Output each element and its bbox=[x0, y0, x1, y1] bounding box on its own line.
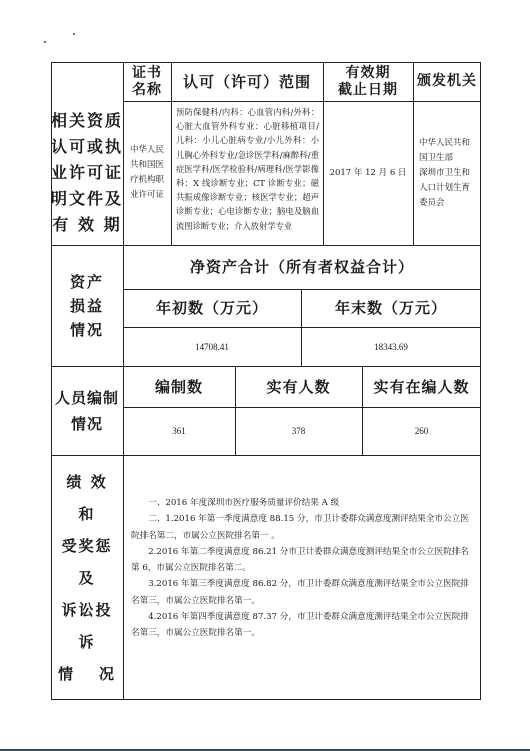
header-cert-name: 证书 名称 bbox=[123, 62, 171, 101]
header-line: 截止日期 bbox=[338, 82, 398, 99]
start-of-year-value: 14708.41 bbox=[123, 327, 301, 366]
header-line: 证书 bbox=[132, 65, 162, 82]
authorized-value: 361 bbox=[123, 407, 235, 455]
scan-speck bbox=[73, 33, 75, 35]
performance-paragraph: 二、1.2016 年第一季度满意度 88.15 分，市卫计委群众满意度测评结果全… bbox=[131, 511, 469, 544]
performance-paragraph: 一、2016 年度深圳市医疗服务质量评价结果 A 级 bbox=[131, 495, 339, 511]
scope-value: 预防保健科/内科：心血管内科/外科：心脏大血管外科专业：心脏移植项目/儿科：小儿… bbox=[171, 101, 323, 245]
label-char: 况 bbox=[99, 658, 116, 690]
header-authorized: 编制数 bbox=[123, 366, 235, 407]
label-line: 相关资质 bbox=[51, 108, 123, 134]
performance-paragraph: 2.2016 年第二季度满意度 86.21 分市卫计委群众满意度测评结果全市公立… bbox=[131, 544, 469, 577]
label-line: 明文件及 bbox=[51, 186, 123, 212]
label-line: 业许可证 bbox=[51, 160, 123, 186]
label-line: 认可或执 bbox=[51, 134, 123, 160]
label-line: 资产 bbox=[70, 270, 104, 294]
net-assets-title: 净资产合计（所有者权益合计） bbox=[123, 245, 481, 289]
label-line: 情 况 bbox=[58, 658, 116, 690]
label-line: 绩 效 和 bbox=[58, 466, 116, 530]
start-of-year-label: 年初数（万元） bbox=[123, 289, 301, 327]
cert-name-value: 中华人民 共和国医 疗机构职 业许可证 bbox=[123, 101, 171, 245]
label-line: 诉讼投诉 bbox=[58, 594, 116, 658]
label-line: 有 效 期 bbox=[52, 212, 121, 238]
end-of-year-value: 18343.69 bbox=[301, 327, 481, 366]
text-line: 共和国医 bbox=[130, 158, 164, 173]
text-line: 深圳市卫生和 bbox=[419, 166, 470, 181]
scan-speck bbox=[44, 41, 46, 43]
header-actual-authorized: 实有在编人数 bbox=[362, 366, 481, 407]
text-line: 疗机构职 bbox=[130, 173, 164, 188]
text-line: 委员会 bbox=[419, 196, 445, 211]
label-line: 情况 bbox=[70, 318, 104, 342]
header-actual: 实有人数 bbox=[235, 366, 362, 407]
label-line: 人员编制 bbox=[55, 385, 119, 411]
staff-row-label: 人员编制 情况 bbox=[51, 366, 123, 455]
performance-paragraph: 3.2016 年第三季度满意度 86.82 分，市卫计委群众满意度测评结果全市公… bbox=[131, 576, 469, 609]
performance-paragraph: 4.2016 年第四季度满意度 87.37 分，市卫计委群众满意度测评结果全市公… bbox=[131, 609, 469, 642]
text-line: 中华人民共和 bbox=[419, 136, 470, 151]
header-expiry: 有效期 截止日期 bbox=[323, 62, 413, 101]
text-line: 国卫生部 bbox=[419, 151, 453, 166]
label-char: 情 bbox=[58, 658, 75, 690]
label-line: 情况 bbox=[71, 411, 103, 437]
expiry-value: 2017 年 12 月 6 日 bbox=[323, 101, 413, 245]
actual-authorized-value: 260 bbox=[362, 407, 481, 455]
header-line: 名称 bbox=[132, 82, 162, 99]
header-scope: 认可（许可）范围 bbox=[171, 62, 323, 101]
label-line: 受奖惩及 bbox=[58, 530, 116, 594]
text-line: 人口计划生育 bbox=[419, 181, 470, 196]
text-line: 中华人民 bbox=[130, 143, 164, 158]
issuer-value: 中华人民共和 国卫生部 深圳市卫生和 人口计划生育 委员会 bbox=[413, 101, 481, 245]
label-line: 损益 bbox=[70, 294, 104, 318]
performance-row-label: 绩 效 和 受奖惩及 诉讼投诉 情 况 bbox=[51, 455, 123, 700]
end-of-year-label: 年末数（万元） bbox=[301, 289, 481, 327]
assets-row-label: 资产 损益 情况 bbox=[51, 245, 123, 366]
actual-value: 378 bbox=[235, 407, 362, 455]
header-issuer: 颁发机关 bbox=[413, 62, 481, 101]
header-line: 有效期 bbox=[346, 65, 391, 82]
text-line: 业许可证 bbox=[130, 188, 164, 203]
performance-content: 一、2016 年度深圳市医疗服务质量评价结果 A 级 二、1.2016 年第一季… bbox=[123, 495, 481, 645]
qualification-row-label: 相关资质 认可或执 业许可证 明文件及 有 效 期 bbox=[51, 101, 123, 245]
